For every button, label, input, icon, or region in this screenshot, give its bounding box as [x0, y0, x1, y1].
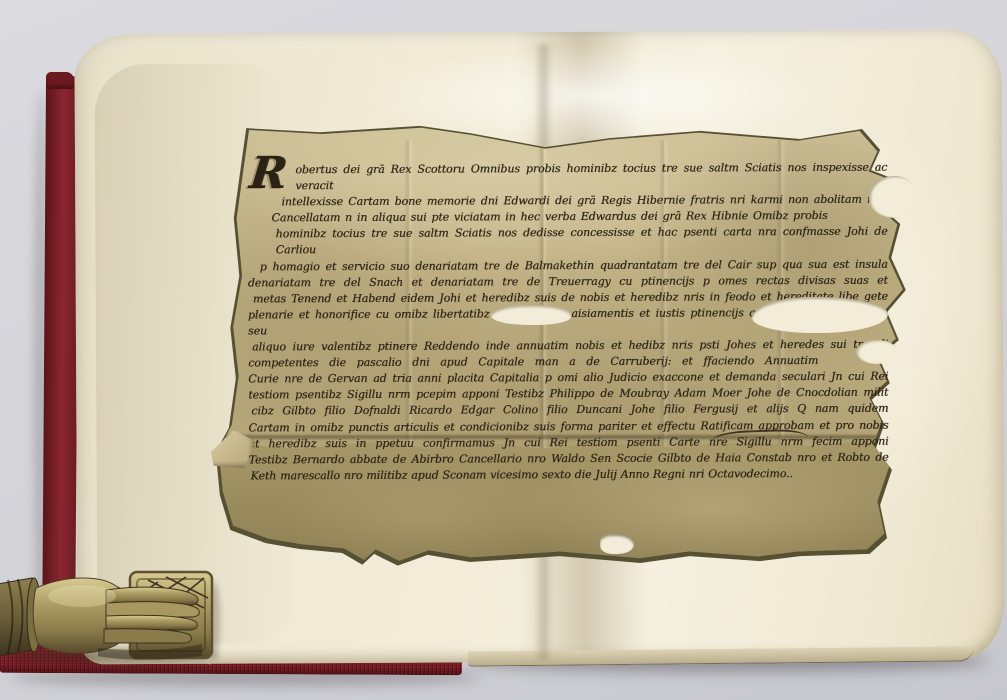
- brass-hand-page-holder: [0, 564, 220, 666]
- photo-of-open-book: R obertus dei grā Rex Scottoru Omnibus p…: [0, 0, 1007, 700]
- torn-hole: [491, 305, 571, 325]
- manuscript-line: Keth marescallo nro militibz apud Sconam…: [249, 465, 889, 484]
- torn-edge-notch: [869, 176, 917, 218]
- torn-edge-notch: [856, 340, 898, 364]
- torn-edge-notch: [600, 534, 634, 554]
- torn-hole: [752, 297, 888, 333]
- manuscript-line: obertus dei grā Rex Scottoru Omnibus pro…: [247, 160, 887, 195]
- manuscript-line: hominibz tocius tre sue saltm Sciatis no…: [248, 224, 888, 259]
